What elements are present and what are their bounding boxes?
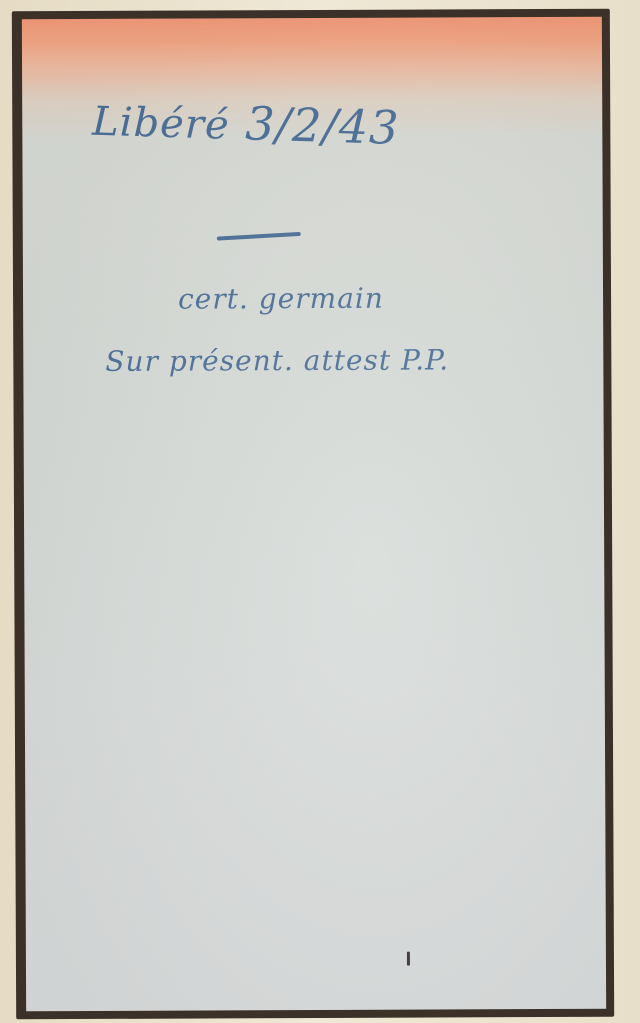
released-date-line: Libéré 3/2/43: [92, 92, 401, 155]
certificate-line: cert. germain: [178, 282, 384, 316]
pencil-mark: [407, 952, 410, 966]
index-card: Libéré 3/2/43 cert. germain Sur présent.…: [22, 17, 606, 1012]
released-label: Libéré: [92, 99, 231, 149]
released-date: 3/2/43: [245, 96, 401, 155]
attestation-line: Sur présent. attest P.P.: [105, 343, 449, 377]
separator-dash: [217, 232, 301, 241]
